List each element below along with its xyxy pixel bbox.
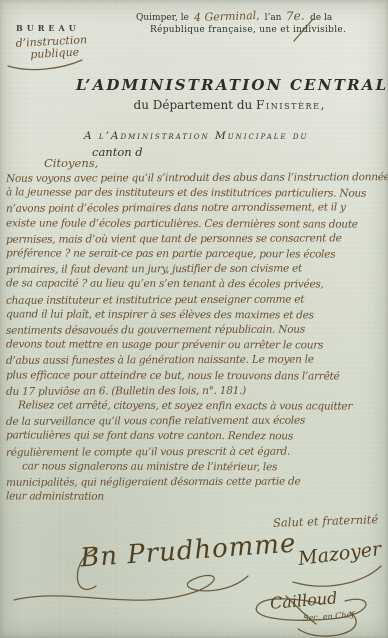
signature-prudhomme: Bn Prudhomme: [79, 528, 297, 573]
canton-line: canton d: [92, 145, 143, 159]
signature-mazoyer: Mazoyer: [297, 538, 382, 570]
letter-line: préférence ? ne serait-ce pas en partie …: [6, 246, 386, 263]
letter-line: n’avons point d’écoles primaires dans no…: [6, 201, 386, 218]
dateline: Quimper, le 4 Germinal, l’an 7e. de la R…: [136, 9, 386, 35]
letter-line: car nous signalerons au ministre de l’in…: [6, 459, 386, 476]
bureau-handwritten: d’instruction publique: [15, 34, 88, 62]
dateline-republique: République française, une et indivisible…: [150, 25, 386, 35]
letter-line: quand il lui plaît, et inspirer à ses él…: [6, 307, 386, 324]
signature-cailloud: Cailloud: [269, 588, 338, 613]
subtitle-post: ,: [321, 98, 325, 112]
letterhead-subtitle: du Département du Finistère,: [76, 98, 382, 112]
subtitle-pre: du Département du: [134, 98, 257, 112]
signature-title-sec-en-chef: Sec. en Chef: [303, 610, 355, 623]
dateline-hand-date: 4 Germinal,: [194, 9, 260, 24]
closing-salute: Salut et fraternité: [273, 512, 379, 530]
letter-line: particulières qui se font dans votre can…: [6, 429, 386, 446]
letter-line: plus efficace pour atteindre ce but, nou…: [6, 368, 386, 385]
letter-line: existe une foule d’écoles particulières.…: [6, 216, 386, 233]
letter-line: chaque instituteur et institutrice peut …: [6, 292, 386, 309]
letter-line: du 17 pluviôse an 6. (Bulletin des lois,…: [6, 383, 386, 400]
dateline-row1: Quimper, le 4 Germinal, l’an 7e. de la: [136, 9, 386, 23]
dateline-an-label: l’an: [265, 13, 282, 23]
bureau-label: BUREAU: [16, 23, 87, 33]
letter-line: d’abus aussi funestes à la génération na…: [6, 353, 386, 370]
letterhead: L’ADMINISTRATION CENTRALE du Département…: [76, 76, 382, 112]
letter-line: sentiments désavoués du gouvernement rép…: [6, 322, 386, 339]
scanned-letter-page: Quimper, le 4 Germinal, l’an 7e. de la R…: [0, 0, 388, 638]
dateline-place: Quimper, le: [136, 13, 189, 23]
letterhead-title: L’ADMINISTRATION CENTRALE: [76, 76, 382, 94]
dateline-suffix: de la: [310, 13, 332, 23]
bureau-block: BUREAU d’instruction publique: [16, 23, 87, 60]
address-line: A l’Administration Municipale du: [84, 130, 384, 142]
letter-line: permises, mais d’où vient que tant de pe…: [6, 231, 386, 248]
signature-flourish-prudhomme: [14, 575, 248, 600]
dateline-hand-year: 7e.: [286, 9, 305, 24]
letter-line: Nous voyons avec peine qu’il s’introduit…: [6, 170, 386, 187]
letter-line: leur administration: [6, 490, 386, 507]
letter-line: régulièrement le compte qu’il vous presc…: [6, 444, 386, 461]
salutation: Citoyens,: [44, 156, 98, 170]
letter-line: de sa capacité ? au lieu qu’en s’en tena…: [6, 277, 386, 294]
subtitle-finistere: Finistère: [256, 98, 321, 112]
letter-body: Nous voyons avec peine qu’il s’introduit…: [6, 171, 386, 505]
bureau-hand-line2: publique: [30, 46, 88, 61]
